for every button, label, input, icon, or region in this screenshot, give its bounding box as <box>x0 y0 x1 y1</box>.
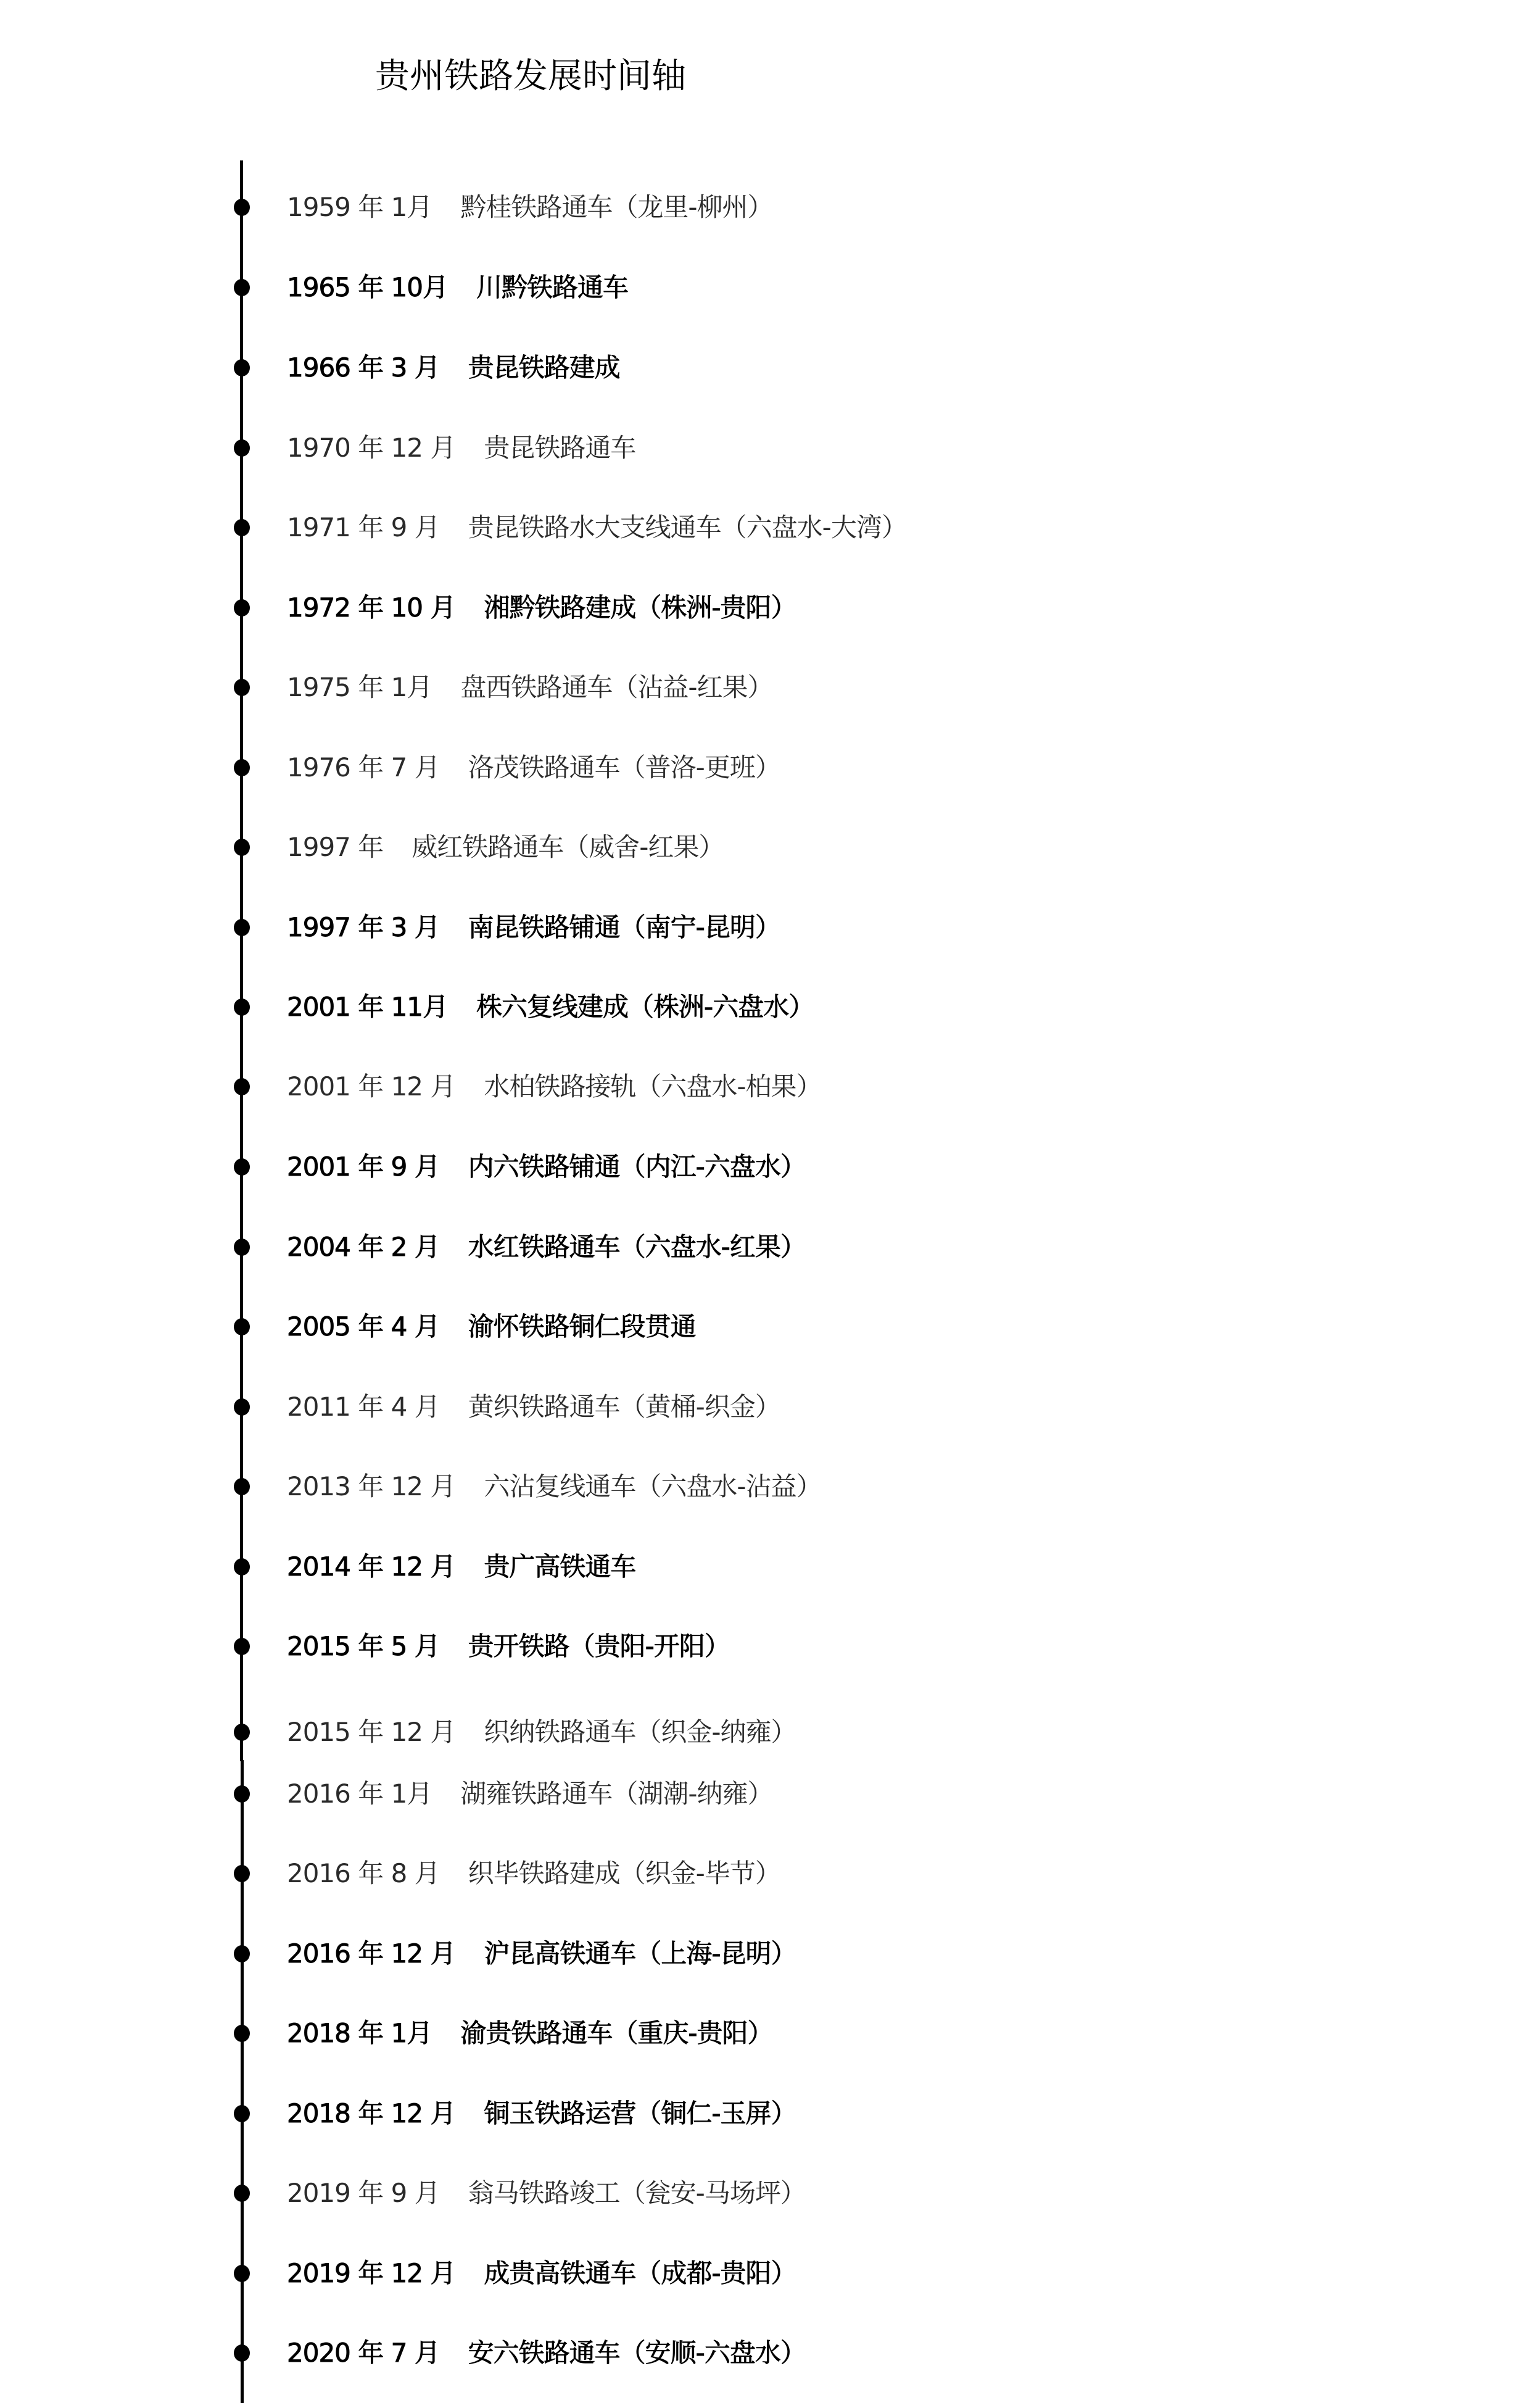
timeline-entry: 1975 年 1月盘西铁路通车（沾益-红果） <box>0 669 1530 706</box>
entry-event: 成贵高铁通车（成都-贵阳） <box>484 2258 796 2288</box>
entry-date: 2018 年 12 月 <box>287 2098 455 2128</box>
timeline-dot-icon <box>234 199 250 216</box>
timeline-dot-icon <box>234 1478 250 1495</box>
entry-date: 2013 年 12 月 <box>287 1471 455 1501</box>
timeline-entry-label: 2015 年 12 月织纳铁路通车（织金-纳雍） <box>287 1714 796 1751</box>
timeline-entry: 2001 年 11月株六复线建成（株洲-六盘水） <box>0 989 1530 1026</box>
timeline-entry-label: 1972 年 10 月湘黔铁路建成（株洲-贵阳） <box>287 589 796 626</box>
entry-date: 2001 年 9 月 <box>287 1152 440 1182</box>
timeline-entry-label: 2018 年 12 月铜玉铁路运营（铜仁-玉屏） <box>287 2095 796 2132</box>
timeline-dot-icon <box>234 1318 250 1335</box>
entry-date: 1997 年 3 月 <box>287 912 440 942</box>
entry-date: 1976 年 7 月 <box>287 752 440 783</box>
entry-event: 株六复线建成（株洲-六盘水） <box>476 992 814 1022</box>
timeline-entry-label: 2004 年 2 月水红铁路通车（六盘水-红果） <box>287 1229 806 1266</box>
entry-date: 1966 年 3 月 <box>287 352 440 383</box>
timeline-entry-label: 1970 年 12 月贵昆铁路通车 <box>287 430 635 467</box>
timeline-entry-label: 2014 年 12 月贵广高铁通车 <box>287 1548 635 1585</box>
timeline-entry-label: 1997 年 3 月南昆铁路铺通（南宁-昆明） <box>287 909 780 946</box>
timeline-entry-label: 2015 年 5 月贵开铁路（贵阳-开阳） <box>287 1628 730 1665</box>
timeline-dot-icon <box>234 1945 250 1962</box>
entry-event: 贵开铁路（贵阳-开阳） <box>468 1631 730 1661</box>
timeline-entry: 1971 年 9 月贵昆铁路水大支线通车（六盘水-大湾） <box>0 509 1530 546</box>
entry-date: 2020 年 7 月 <box>287 2338 440 2368</box>
entry-event: 威红铁路通车（威舍-红果） <box>411 832 724 862</box>
timeline-entry: 2015 年 5 月贵开铁路（贵阳-开阳） <box>0 1628 1530 1665</box>
entry-event: 贵昆铁路建成 <box>468 352 620 383</box>
timeline-entry: 2004 年 2 月水红铁路通车（六盘水-红果） <box>0 1229 1530 1266</box>
entry-event: 织毕铁路建成（织金-毕节） <box>468 1858 780 1888</box>
timeline-dot-icon <box>234 519 250 536</box>
entry-date: 2014 年 12 月 <box>287 1551 455 1582</box>
entry-event: 黔桂铁路通车（龙里-柳州） <box>460 192 772 222</box>
timeline-dot-icon <box>234 599 250 617</box>
timeline-entry: 2011 年 4 月黄织铁路通车（黄桶-织金） <box>0 1389 1530 1426</box>
timeline-dot-icon <box>234 2025 250 2042</box>
timeline-entry: 1972 年 10 月湘黔铁路建成（株洲-贵阳） <box>0 589 1530 626</box>
timeline-entry-label: 2001 年 11月株六复线建成（株洲-六盘水） <box>287 989 814 1026</box>
timeline-entry-label: 1959 年 1月黔桂铁路通车（龙里-柳州） <box>287 189 772 226</box>
timeline-dot-icon <box>234 1724 250 1741</box>
timeline-dot-icon <box>234 1078 250 1095</box>
timeline-dot-icon <box>234 2105 250 2122</box>
entry-event: 贵昆铁路水大支线通车（六盘水-大湾） <box>468 512 907 542</box>
timeline-dot-icon <box>234 998 250 1016</box>
timeline-entry: 1997 年 3 月南昆铁路铺通（南宁-昆明） <box>0 909 1530 946</box>
timeline-entry-label: 2013 年 12 月六沾复线通车（六盘水-沾益） <box>287 1468 822 1505</box>
timeline-entry: 2013 年 12 月六沾复线通车（六盘水-沾益） <box>0 1468 1530 1505</box>
timeline-entry-label: 1997 年威红铁路通车（威舍-红果） <box>287 829 724 866</box>
timeline-entry: 2018 年 12 月铜玉铁路运营（铜仁-玉屏） <box>0 2095 1530 2132</box>
entry-event: 贵广高铁通车 <box>484 1551 635 1582</box>
timeline-entry: 2016 年 1月湖雍铁路通车（湖潮-纳雍） <box>0 1775 1530 1812</box>
entry-date: 1975 年 1月 <box>287 672 432 702</box>
timeline-dot-icon <box>234 1239 250 1256</box>
timeline-entry-label: 1975 年 1月盘西铁路通车（沾益-红果） <box>287 669 772 706</box>
timeline-entry: 2001 年 12 月水柏铁路接轨（六盘水-柏果） <box>0 1068 1530 1105</box>
timeline-entry: 1997 年威红铁路通车（威舍-红果） <box>0 829 1530 866</box>
entry-date: 2019 年 9 月 <box>287 2178 440 2208</box>
timeline-entry-label: 2019 年 9 月翁马铁路竣工（瓮安-马场坪） <box>287 2175 806 2212</box>
timeline-entry-label: 1966 年 3 月贵昆铁路建成 <box>287 349 620 386</box>
timeline-dot-icon <box>234 2344 250 2362</box>
entry-date: 2016 年 1月 <box>287 1779 432 1809</box>
entry-event: 水柏铁路接轨（六盘水-柏果） <box>484 1071 821 1102</box>
timeline-axis-line <box>240 160 243 1761</box>
entry-date: 1959 年 1月 <box>287 192 432 222</box>
timeline-dot-icon <box>234 1865 250 1882</box>
entry-event: 安六铁路通车（安顺-六盘水） <box>468 2338 806 2368</box>
timeline-dot-icon <box>234 919 250 936</box>
entry-event: 湘黔铁路建成（株洲-贵阳） <box>484 592 796 623</box>
entry-date: 2015 年 12 月 <box>287 1717 455 1747</box>
entry-event: 湖雍铁路通车（湖潮-纳雍） <box>460 1779 772 1809</box>
entry-date: 1971 年 9 月 <box>287 512 440 542</box>
timeline-entry-label: 2020 年 7 月安六铁路通车（安顺-六盘水） <box>287 2335 806 2372</box>
entry-date: 2011 年 4 月 <box>287 1392 440 1422</box>
entry-event: 铜玉铁路运营（铜仁-玉屏） <box>484 2098 796 2128</box>
entry-date: 1970 年 12 月 <box>287 433 455 463</box>
entry-event: 水红铁路通车（六盘水-红果） <box>468 1232 806 1262</box>
timeline-dot-icon <box>234 679 250 696</box>
timeline-entry: 1959 年 1月黔桂铁路通车（龙里-柳州） <box>0 189 1530 226</box>
timeline-dot-icon <box>234 839 250 856</box>
timeline-dot-icon <box>234 1785 250 1803</box>
entry-event: 沪昆高铁通车（上海-昆明） <box>484 1938 796 1969</box>
entry-date: 2015 年 5 月 <box>287 1631 440 1661</box>
entry-event: 渝贵铁路通车（重庆-贵阳） <box>460 2018 772 2048</box>
timeline-entry-label: 2016 年 1月湖雍铁路通车（湖潮-纳雍） <box>287 1775 772 1812</box>
timeline-entry-label: 2016 年 8 月织毕铁路建成（织金-毕节） <box>287 1855 780 1892</box>
timeline-entry: 1970 年 12 月贵昆铁路通车 <box>0 430 1530 467</box>
timeline-entry: 2016 年 8 月织毕铁路建成（织金-毕节） <box>0 1855 1530 1892</box>
entry-event: 川黔铁路通车 <box>476 272 628 302</box>
entry-date: 1972 年 10 月 <box>287 592 455 623</box>
timeline-dot-icon <box>234 359 250 376</box>
timeline-entry: 2019 年 9 月翁马铁路竣工（瓮安-马场坪） <box>0 2175 1530 2212</box>
timeline-dot-icon <box>234 1638 250 1655</box>
entry-date: 2001 年 11月 <box>287 992 448 1022</box>
entry-date: 2018 年 1月 <box>287 2018 432 2048</box>
entry-event: 黄织铁路通车（黄桶-织金） <box>468 1392 780 1422</box>
timeline-dot-icon <box>234 2265 250 2282</box>
timeline-dot-icon <box>234 2185 250 2202</box>
timeline-entry: 1976 年 7 月洛茂铁路通车（普洛-更班） <box>0 749 1530 786</box>
timeline-entry-label: 1971 年 9 月贵昆铁路水大支线通车（六盘水-大湾） <box>287 509 907 546</box>
entry-event: 盘西铁路通车（沾益-红果） <box>460 672 772 702</box>
entry-event: 贵昆铁路通车 <box>484 433 635 463</box>
entry-date: 1997 年 <box>287 832 383 862</box>
timeline-entry: 2018 年 1月渝贵铁路通车（重庆-贵阳） <box>0 2015 1530 2052</box>
timeline-entry-label: 2001 年 12 月水柏铁路接轨（六盘水-柏果） <box>287 1068 822 1105</box>
timeline-entry: 1965 年 10月川黔铁路通车 <box>0 269 1530 306</box>
timeline-entry: 2001 年 9 月内六铁路铺通（内江-六盘水） <box>0 1148 1530 1185</box>
timeline-entry-label: 2001 年 9 月内六铁路铺通（内江-六盘水） <box>287 1148 806 1185</box>
timeline-entry: 2005 年 4 月渝怀铁路铜仁段贯通 <box>0 1308 1530 1345</box>
timeline-entry: 2014 年 12 月贵广高铁通车 <box>0 1548 1530 1585</box>
entry-event: 六沾复线通车（六盘水-沾益） <box>484 1471 821 1501</box>
entry-event: 翁马铁路竣工（瓮安-马场坪） <box>468 2178 806 2208</box>
timeline-entry-label: 2018 年 1月渝贵铁路通车（重庆-贵阳） <box>287 2015 772 2052</box>
timeline-dot-icon <box>234 1558 250 1576</box>
timeline-dot-icon <box>234 759 250 776</box>
timeline-dot-icon <box>234 279 250 296</box>
timeline-entry-label: 2011 年 4 月黄织铁路通车（黄桶-织金） <box>287 1389 780 1426</box>
entry-event: 内六铁路铺通（内江-六盘水） <box>468 1152 806 1182</box>
timeline-entry-label: 1965 年 10月川黔铁路通车 <box>287 269 628 306</box>
timeline-entry-label: 1976 年 7 月洛茂铁路通车（普洛-更班） <box>287 749 780 786</box>
timeline-title: 贵州铁路发展时间轴 <box>375 54 686 99</box>
timeline-entry: 2016 年 12 月沪昆高铁通车（上海-昆明） <box>0 1935 1530 1972</box>
timeline-entry-label: 2005 年 4 月渝怀铁路铜仁段贯通 <box>287 1308 696 1345</box>
timeline-entry: 2020 年 7 月安六铁路通车（安顺-六盘水） <box>0 2335 1530 2372</box>
timeline-entry-label: 2019 年 12 月成贵高铁通车（成都-贵阳） <box>287 2255 796 2292</box>
timeline-dot-icon <box>234 1398 250 1416</box>
entry-date: 2004 年 2 月 <box>287 1232 440 1262</box>
timeline-dot-icon <box>234 439 250 457</box>
entry-date: 2016 年 12 月 <box>287 1938 455 1969</box>
entry-event: 南昆铁路铺通（南宁-昆明） <box>468 912 780 942</box>
entry-date: 2001 年 12 月 <box>287 1071 455 1102</box>
timeline-entry: 1966 年 3 月贵昆铁路建成 <box>0 349 1530 386</box>
timeline-entry: 2019 年 12 月成贵高铁通车（成都-贵阳） <box>0 2255 1530 2292</box>
entry-date: 2019 年 12 月 <box>287 2258 455 2288</box>
entry-event: 渝怀铁路铜仁段贯通 <box>468 1311 696 1342</box>
timeline-entry-label: 2016 年 12 月沪昆高铁通车（上海-昆明） <box>287 1935 796 1972</box>
timeline-entry: 2015 年 12 月织纳铁路通车（织金-纳雍） <box>0 1714 1530 1751</box>
entry-date: 1965 年 10月 <box>287 272 448 302</box>
entry-date: 2005 年 4 月 <box>287 1311 440 1342</box>
entry-event: 洛茂铁路通车（普洛-更班） <box>468 752 780 783</box>
entry-event: 织纳铁路通车（织金-纳雍） <box>484 1717 796 1747</box>
timeline-dot-icon <box>234 1158 250 1176</box>
entry-date: 2016 年 8 月 <box>287 1858 440 1888</box>
